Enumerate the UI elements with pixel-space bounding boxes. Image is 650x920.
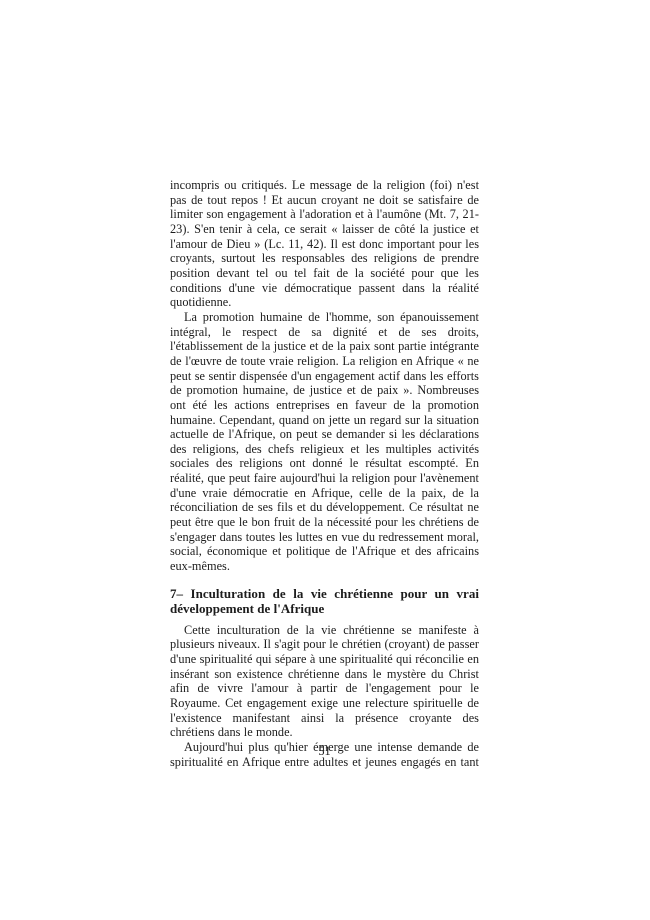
paragraph: La promotion humaine de l'homme, son épa… bbox=[170, 310, 479, 574]
section-heading: 7– Inculturation de la vie chrétienne po… bbox=[170, 586, 479, 617]
document-page: incompris ou critiqués. Le message de la… bbox=[0, 0, 650, 920]
paragraph: Cette inculturation de la vie chrétienne… bbox=[170, 623, 479, 740]
paragraph: incompris ou critiqués. Le message de la… bbox=[170, 178, 479, 310]
page-number: 51 bbox=[170, 744, 479, 759]
text-block: incompris ou critiqués. Le message de la… bbox=[170, 178, 479, 769]
